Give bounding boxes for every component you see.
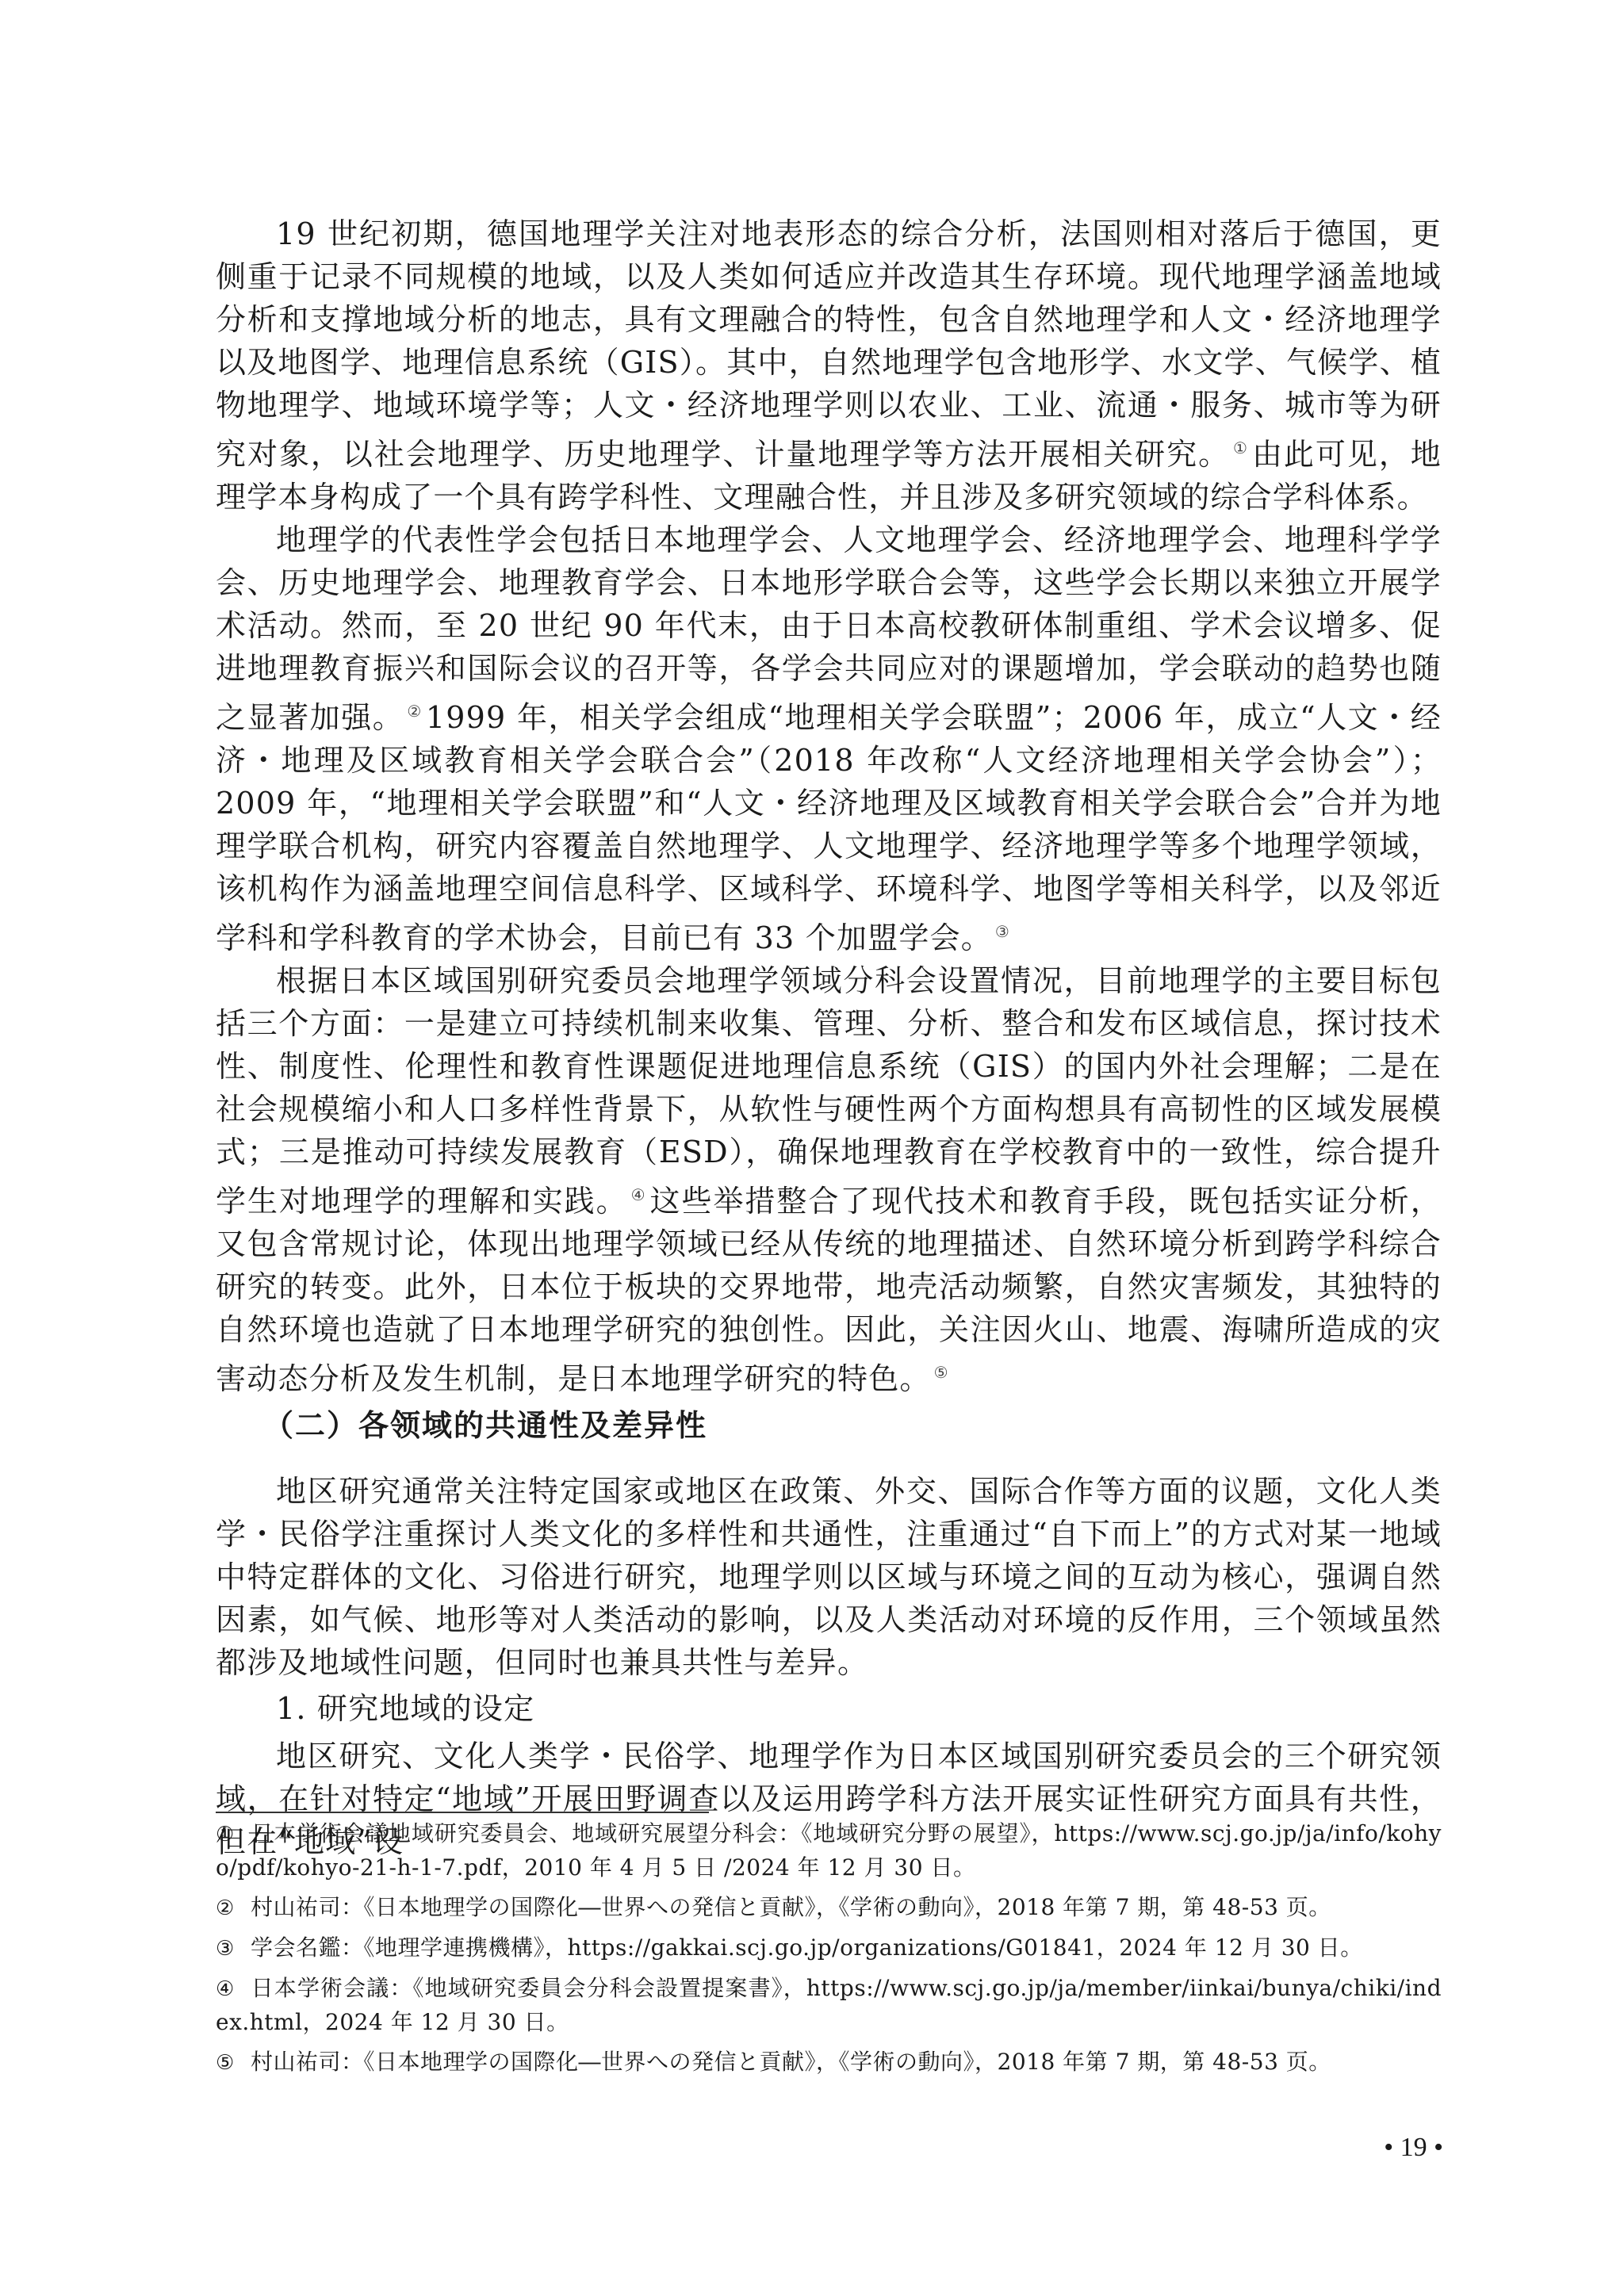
paragraph-geography-overview: 19 世纪初期，德国地理学关注对地表形态的综合分析，法国则相对落后于德国，更侧重… bbox=[216, 212, 1442, 519]
footnote-5: ⑤村山祐司：《日本地理学の国際化―世界への発信と貢献》，《学術の動向》，2018… bbox=[216, 2045, 1442, 2080]
footnote-mark: ④ bbox=[216, 1973, 251, 2006]
footnote-3: ③学会名鑑：《地理学連携機構》，https://gakkai.scj.go.jp… bbox=[216, 1931, 1442, 1965]
footnote-ref-1[interactable]: ① bbox=[1233, 438, 1249, 457]
footnote-mark: ① bbox=[216, 1818, 251, 1851]
footnote-text: 日本学術会議：《地域研究委員会分科会設置提案書》，https://www.scj… bbox=[216, 1975, 1442, 2035]
footnote-ref-4[interactable]: ④ bbox=[631, 1185, 647, 1204]
footnote-divider bbox=[216, 1812, 709, 1813]
footnote-ref-5[interactable]: ⑤ bbox=[934, 1363, 949, 1382]
paragraph-text: 根据日本区域国别研究委员会地理学领域分科会设置情况，目前地理学的主要目标包括三个… bbox=[216, 963, 1442, 1219]
footnote-mark: ③ bbox=[216, 1932, 251, 1965]
footnote-text: 村山祐司：《日本地理学の国際化―世界への発信と貢献》，《学術の動向》，2018 … bbox=[251, 1894, 1331, 1920]
footnote-mark: ② bbox=[216, 1892, 251, 1925]
paragraph-text: 19 世纪初期，德国地理学关注对地表形态的综合分析，法国则相对落后于德国，更侧重… bbox=[216, 216, 1442, 472]
footnote-4: ④日本学術会議：《地域研究委員会分科会設置提案書》，https://www.sc… bbox=[216, 1972, 1442, 2039]
document-page: 19 世纪初期，德国地理学关注对地表形态的综合分析，法国则相对落后于德国，更侧重… bbox=[0, 0, 1624, 2296]
footnote-1: ①日本学術会議地域研究委員会、地域研究展望分科会：《地域研究分野の展望》，htt… bbox=[216, 1817, 1442, 1885]
paragraph-geography-societies: 地理学的代表性学会包括日本地理学会、人文地理学会、经济地理学会、地理科学学会、历… bbox=[216, 519, 1442, 959]
footnote-text: 村山祐司：《日本地理学の国際化―世界への発信と貢献》，《学術の動向》，2018 … bbox=[251, 2049, 1331, 2075]
section-heading: （二）各领域的共通性及差异性 bbox=[216, 1402, 1442, 1449]
footnotes: ①日本学術会議地域研究委員会、地域研究展望分科会：《地域研究分野の展望》，htt… bbox=[216, 1817, 1442, 2086]
main-text: 19 世纪初期，德国地理学关注对地表形态的综合分析，法国则相对落后于德国，更侧重… bbox=[216, 212, 1442, 1863]
footnote-2: ②村山祐司：《日本地理学の国際化―世界への発信と貢献》，《学術の動向》，2018… bbox=[216, 1891, 1442, 1925]
footnote-text: 学会名鑑：《地理学連携機構》，https://gakkai.scj.go.jp/… bbox=[251, 1934, 1363, 1961]
footnote-text: 日本学術会議地域研究委員会、地域研究展望分科会：《地域研究分野の展望》，http… bbox=[216, 1820, 1442, 1881]
paragraph-text: 1999 年，相关学会组成“地理相关学会联盟”；2006 年，成立“人文・经济・… bbox=[216, 700, 1442, 955]
footnote-ref-2[interactable]: ② bbox=[407, 702, 423, 721]
paragraph-fields-comparison: 地区研究通常关注特定国家或地区在政策、外交、国际合作等方面的议题，文化人类学・民… bbox=[216, 1470, 1442, 1684]
paragraph-geography-goals: 根据日本区域国别研究委员会地理学领域分科会设置情况，目前地理学的主要目标包括三个… bbox=[216, 959, 1442, 1400]
subsection-heading: 1. 研究地域的设定 bbox=[216, 1687, 1442, 1730]
footnote-ref-3[interactable]: ③ bbox=[995, 922, 1010, 941]
footnote-mark: ⑤ bbox=[216, 2046, 251, 2080]
page-number: • 19 • bbox=[1372, 2133, 1443, 2163]
